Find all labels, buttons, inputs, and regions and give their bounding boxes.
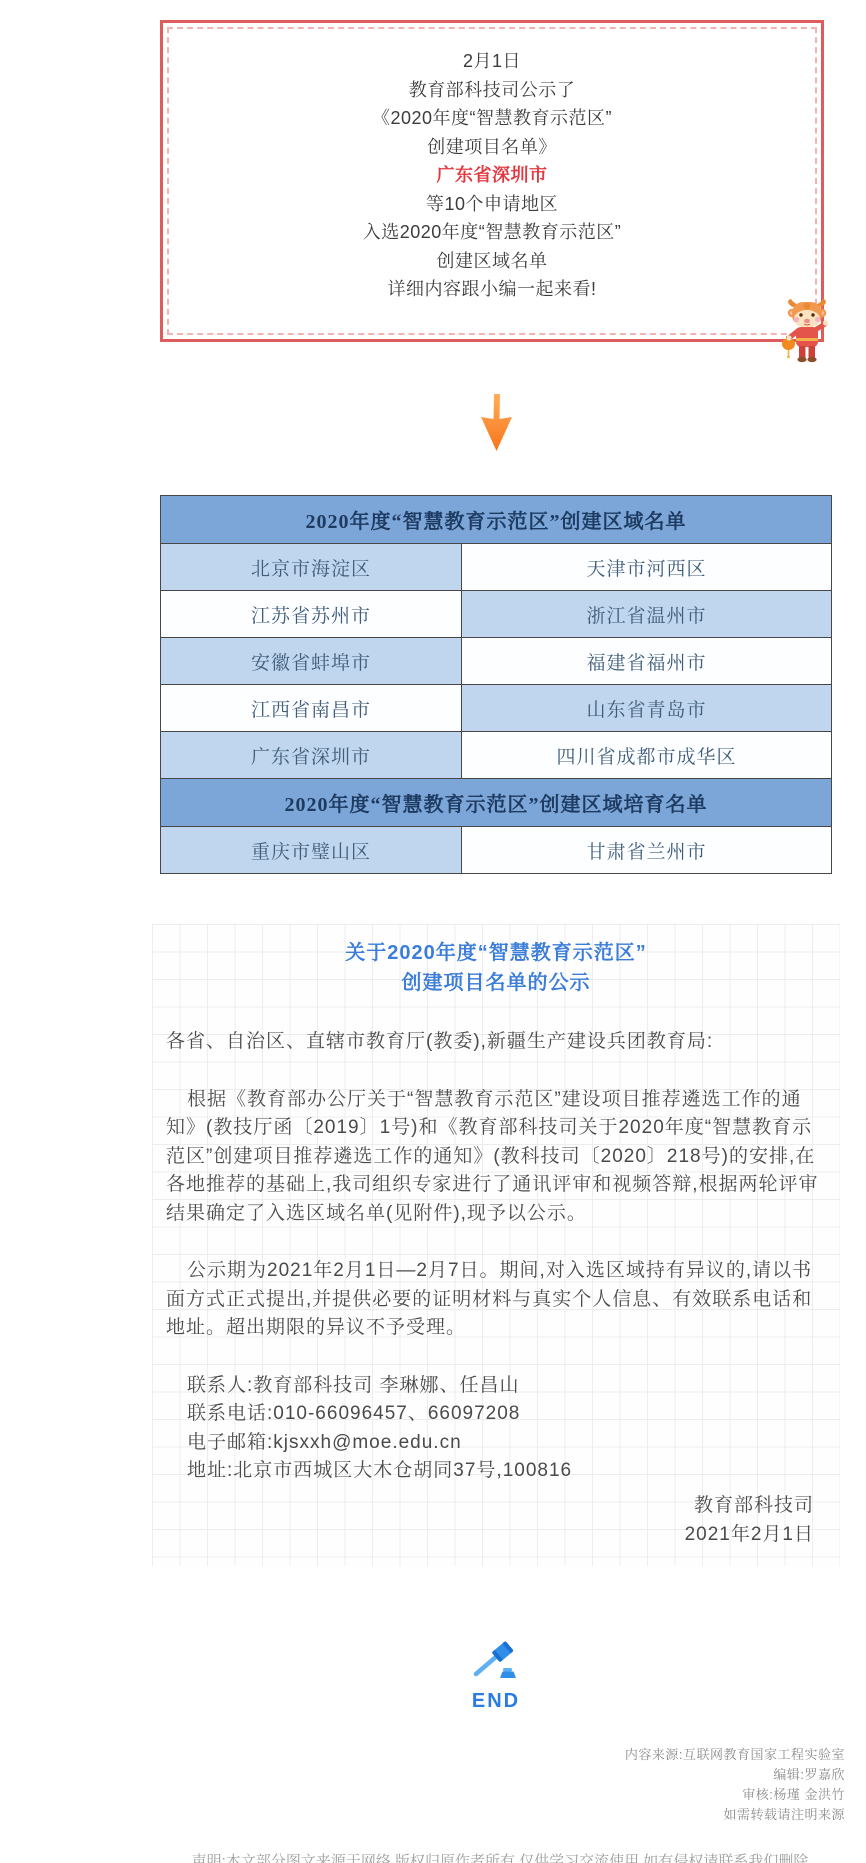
- intro-line: 《2020年度“智慧教育示范区”: [163, 104, 821, 133]
- region-table: 2020年度“智慧教育示范区”创建区域名单 北京市海淀区 天津市河西区 江苏省苏…: [160, 495, 832, 874]
- intro-line: 创建区域名单: [163, 247, 821, 276]
- notice-title-line1: 关于2020年度“智慧教育示范区”: [166, 938, 826, 968]
- table-cell: 浙江省温州市: [462, 591, 832, 638]
- table-cell: 重庆市璧山区: [161, 827, 462, 874]
- table-header-cultivation-list: 2020年度“智慧教育示范区”创建区域培育名单: [161, 779, 832, 827]
- intro-line: 2月1日: [163, 47, 821, 76]
- table-cell: 福建省福州市: [462, 638, 832, 685]
- table-cell: 北京市海淀区: [161, 544, 462, 591]
- intro-text: 2月1日 教育部科技司公示了 《2020年度“智慧教育示范区” 创建项目名单》 …: [163, 47, 821, 304]
- contact-person: 联系人:教育部科技司 李琳娜、任昌山: [166, 1372, 826, 1401]
- notice-title-line2: 创建项目名单的公示: [166, 968, 826, 998]
- notice-paragraph-1: 根据《教育部办公厅关于“智慧教育示范区”建设项目推荐遴选工作的通知》(教技厅函〔…: [166, 1086, 826, 1229]
- table-cell: 江西省南昌市: [161, 685, 462, 732]
- contact-address: 地址:北京市西城区大木仓胡同37号,100816: [166, 1457, 826, 1486]
- table-cell: 天津市河西区: [462, 544, 832, 591]
- table-cell: 江苏省苏州市: [161, 591, 462, 638]
- credit-source: 内容来源:互联网教育国家工程实验室: [625, 1745, 845, 1765]
- table-cell: 广东省深圳市: [161, 732, 462, 779]
- ox-mascot-icon: [779, 297, 835, 365]
- table-cell: 四川省成都市成华区: [462, 732, 832, 779]
- intro-highlight-region: 广东省深圳市: [163, 161, 821, 190]
- credit-reprint-note: 如需转载请注明来源: [625, 1805, 845, 1825]
- signature-date: 2021年2月1日: [166, 1520, 814, 1549]
- notice-document: 关于2020年度“智慧教育示范区” 创建项目名单的公示 各省、自治区、直辖市教育…: [152, 924, 840, 1566]
- credits: 内容来源:互联网教育国家工程实验室 编辑:罗嘉欣 审核:杨瑾 金洪竹 如需转载请…: [625, 1745, 845, 1825]
- credit-editor: 编辑:罗嘉欣: [625, 1765, 845, 1785]
- intro-line: 教育部科技司公示了: [163, 76, 821, 105]
- intro-line: 入选2020年度“智慧教育示范区”: [163, 218, 821, 247]
- table-header-creation-list: 2020年度“智慧教育示范区”创建区域名单: [161, 496, 832, 544]
- notice-contacts: 联系人:教育部科技司 李琳娜、任昌山 联系电话:010-66096457、660…: [166, 1372, 826, 1486]
- end-marker: END: [160, 1640, 832, 1713]
- table-cell: 甘肃省兰州市: [462, 827, 832, 874]
- intro-line: 等10个申请地区: [163, 190, 821, 219]
- intro-line: 详细内容跟小编一起来看!: [163, 275, 821, 304]
- notice-paragraph-2: 公示期为2021年2月1日—2月7日。期间,对入选区域持有异议的,请以书面方式正…: [166, 1257, 826, 1343]
- notice-signature: 教育部科技司 2021年2月1日: [166, 1491, 826, 1549]
- table-cell: 安徽省蚌埠市: [161, 638, 462, 685]
- down-arrow-icon: [475, 394, 519, 452]
- intro-line: 创建项目名单》: [163, 133, 821, 162]
- contact-phone: 联系电话:010-66096457、66097208: [166, 1400, 826, 1429]
- clipped-disclaimer: 声明:本文部分图文来源于网络,版权归原作者所有,仅供学习交流使用,如有侵权请联系…: [160, 1855, 840, 1863]
- table-cell: 山东省青岛市: [462, 685, 832, 732]
- credit-reviewer: 审核:杨瑾 金洪竹: [625, 1785, 845, 1805]
- gavel-icon: [470, 1640, 522, 1682]
- notice-salutation: 各省、自治区、直辖市教育厅(教委),新疆生产建设兵团教育局:: [166, 1028, 826, 1057]
- intro-card: 2月1日 教育部科技司公示了 《2020年度“智慧教育示范区” 创建项目名单》 …: [160, 20, 824, 342]
- notice-title: 关于2020年度“智慧教育示范区” 创建项目名单的公示: [166, 938, 826, 998]
- contact-email: 电子邮箱:kjsxxh@moe.edu.cn: [166, 1429, 826, 1458]
- article-page: 2月1日 教育部科技司公示了 《2020年度“智慧教育示范区” 创建项目名单》 …: [0, 0, 866, 1863]
- signature-org: 教育部科技司: [166, 1491, 814, 1520]
- end-label: END: [160, 1690, 832, 1713]
